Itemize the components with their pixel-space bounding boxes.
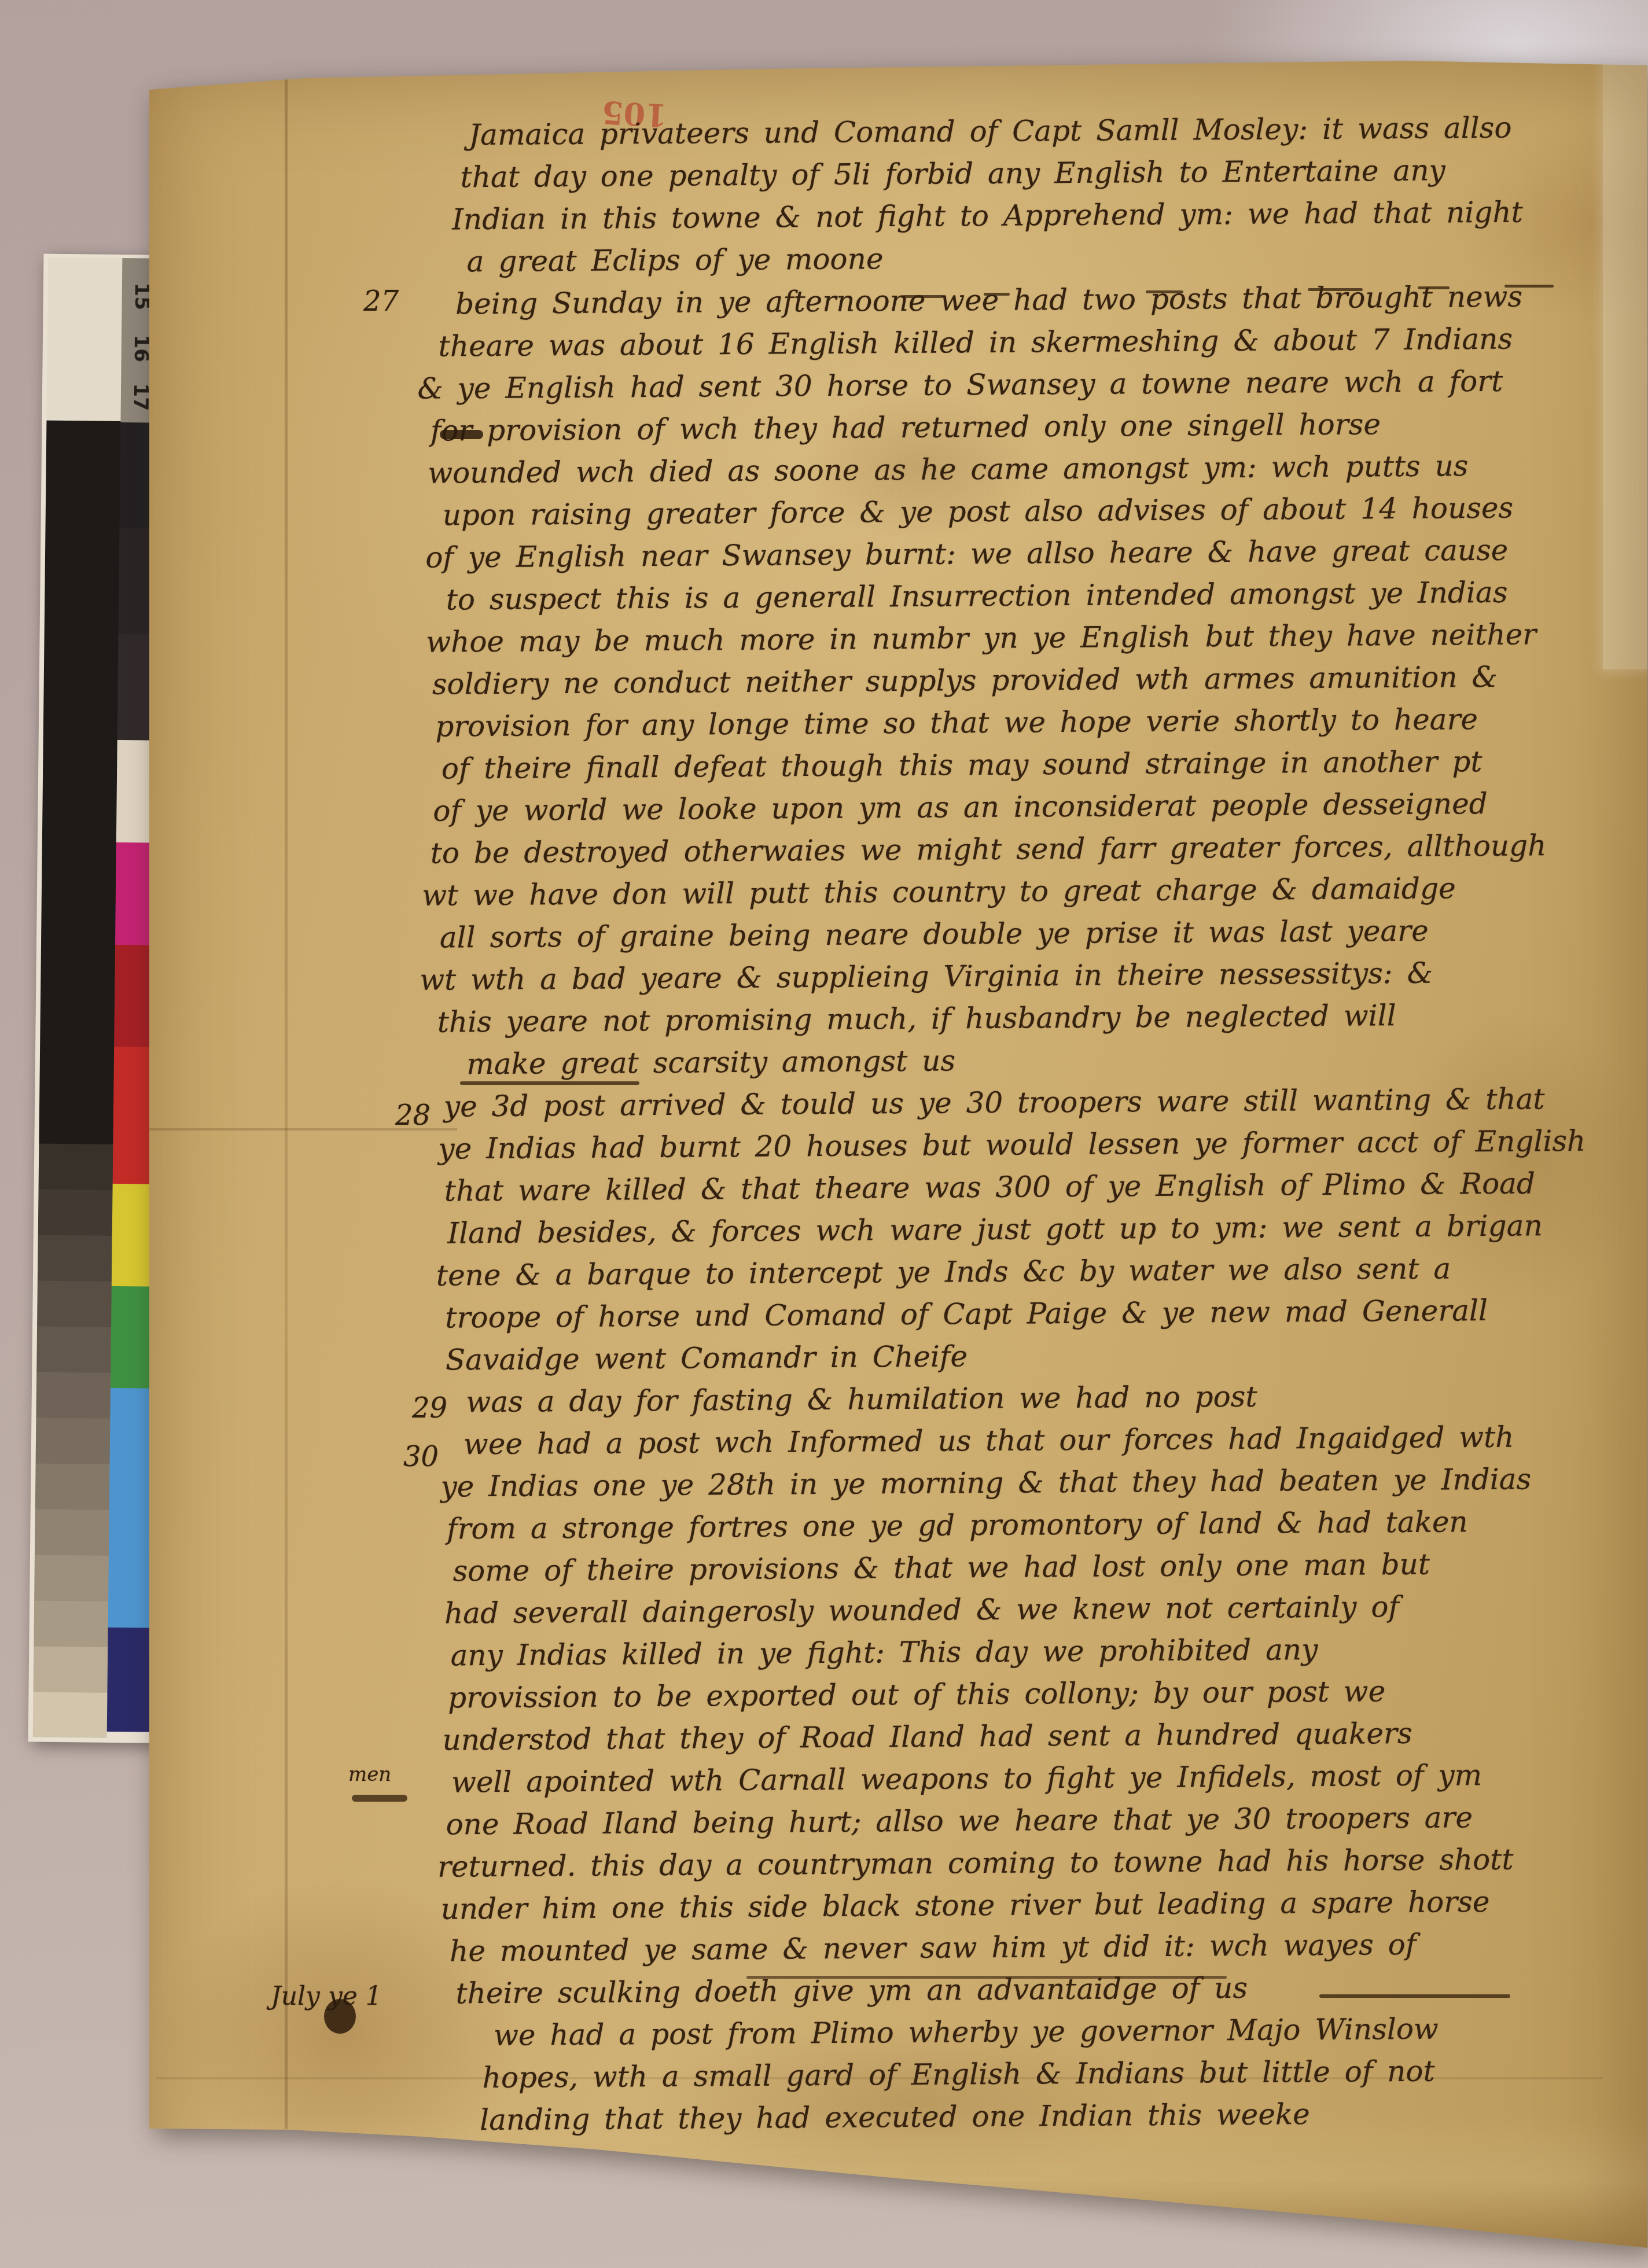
ink-blot [440,430,483,439]
gray-step-11 [34,1601,108,1647]
manuscript-line: under him one this side black stone rive… [440,1885,1489,1926]
margin-date-28: 28 [395,1099,431,1132]
manuscript-line: soldiery ne conduct neither supplys prov… [432,660,1498,701]
gray-step-2 [38,1190,113,1236]
manuscript-line: ye Indias one ye 28th in ye morning & th… [440,1462,1531,1503]
gray-step-6 [36,1372,111,1419]
manuscript-line: wounded wch died as soone as he came amo… [428,449,1469,490]
photograph: 15161723 105 27 28 29 30 men [0,0,1648,2268]
manuscript-line: provission to be exported out of this co… [448,1674,1385,1714]
gray-step-5 [36,1327,111,1373]
manuscript-line: understod that they of Road Iland had se… [442,1717,1412,1757]
gray-step-12 [33,1647,108,1693]
gray-step-1 [39,1144,113,1190]
manuscript-line: that ware killed & that theare was 300 o… [444,1166,1535,1207]
manuscript-line: upon raising greater force & ye post als… [443,491,1514,532]
gray-step-13 [33,1692,108,1738]
manuscript-line: some of theire provisions & that we had … [453,1548,1430,1588]
manuscript-line: had severall daingerosly wounded & we kn… [444,1590,1399,1630]
manuscript-line: returned. this day a countryman coming t… [437,1843,1514,1884]
manuscript-line: being Sunday in ye afternoone wee had tw… [455,280,1522,321]
manuscript-line: tene & a barque to intercept ye Inds &c … [436,1251,1451,1292]
manuscript-line: to be destroyed otherwaies we might send… [431,829,1547,870]
ink-dash [1146,290,1183,293]
gray-step-4 [37,1281,112,1327]
manuscript-line: of ye world we looke upon ym as an incon… [433,787,1488,828]
ink-dash [903,295,943,298]
manuscript-line: a great Eclips of ye moone [467,242,884,278]
gray-step-7 [36,1418,111,1464]
manuscript-line: troope of horse und Comand of Capt Paige… [445,1294,1488,1335]
margin-insertion-men: men [348,1763,391,1786]
underline-make [460,1081,639,1085]
manuscript-text-block: Jamaica privateers und Comand of Capt Sa… [405,110,1648,119]
torn-bottom-edge [133,2115,1648,2259]
manuscript-line: ye 3d post arrived & tould us ye 30 troo… [444,1082,1545,1123]
ink-dash [1308,288,1363,291]
gray-step-3 [38,1235,112,1282]
manuscript-line: Savaidge went Comandr in Cheife [446,1339,968,1376]
manuscript-line: wt we have don will putt this country to… [422,871,1456,912]
manuscript-line: of ye English near Swansey burnt: we all… [425,533,1508,575]
manuscript-line: well apointed wth Carnall weapons to fig… [451,1758,1482,1799]
gray-step-9 [35,1509,109,1556]
manuscript-line: Iland besides, & forces wch ware just go… [447,1209,1543,1250]
manuscript-line: to suspect this is a generall Insurrecti… [446,576,1508,617]
ink-dash [1418,286,1450,289]
gray-step-10 [34,1555,109,1601]
margin-date-27: 27 [363,285,399,318]
manuscript-line: Indian in this towne & not fight to Appr… [452,196,1523,237]
manuscript-line: for provision of wch they had returned o… [431,407,1381,447]
manuscript-line: landing that they had executed one India… [480,2097,1310,2137]
fold-crease [285,78,288,2129]
manuscript-line: was a day for fasting & humilation we ha… [466,1380,1257,1419]
manuscript-line: ye Indias had burnt 20 houses but would … [438,1124,1586,1166]
trailing-dash [1319,1994,1510,1998]
long-ink-stroke [746,1976,1227,1979]
manuscript-line: any Indias killed in ye fight: This day … [450,1633,1318,1672]
black-strip [39,421,120,1144]
white-patch [46,257,122,421]
manuscript-line: wee had a post wch Informed us that our … [463,1420,1514,1461]
ink-blot [324,1999,356,2034]
manuscript-page: 105 27 28 29 30 men July ye 1 Jamaica pr… [133,55,1648,2259]
repair-tape-strip [1603,62,1648,669]
manuscript-line: all sorts of graine being neare double y… [440,914,1429,955]
manuscript-line: one Road Iland being hurt; allso we hear… [446,1801,1473,1841]
manuscript-line: theare was about 16 English killed in sk… [439,322,1513,363]
manuscript-line: this yeare not promising much, if husban… [437,999,1396,1039]
manuscript-line: we had a post from Plimo wherby ye gover… [494,2012,1439,2052]
manuscript-line: that day one penalty of 5li forbid any E… [461,153,1445,194]
margin-date-29: 29 [412,1392,447,1424]
manuscript-line: Jamaica privateers und Comand of Capt Sa… [469,111,1512,152]
manuscript-line: whoe may be much more in numbr yn ye Eng… [426,617,1536,658]
manuscript-line: provision for any longe time so that we … [435,702,1478,743]
ink-dash [984,293,1010,296]
deletion-strike [352,1795,407,1802]
manuscript-line: from a stronge fortres one ye gd promont… [447,1505,1468,1545]
margin-date-30: 30 [403,1441,439,1473]
manuscript-line: & ye English had sent 30 horse to Swanse… [417,365,1503,406]
manuscript-line: he mounted ye same & never saw him yt di… [450,1928,1417,1968]
manuscript-line: make great scarsity amongst us [466,1044,955,1081]
manuscript-line: of theire finall defeat though this may … [442,745,1483,786]
manuscript-paper: 105 27 28 29 30 men July ye 1 Jamaica pr… [133,55,1648,2259]
manuscript-line: wt wth a bad yeare & supplieing Virginia… [420,956,1433,997]
gray-step-8 [35,1464,110,1510]
ink-dash [1504,285,1554,288]
manuscript-line: hopes, wth a small gard of English & Ind… [482,2055,1434,2094]
